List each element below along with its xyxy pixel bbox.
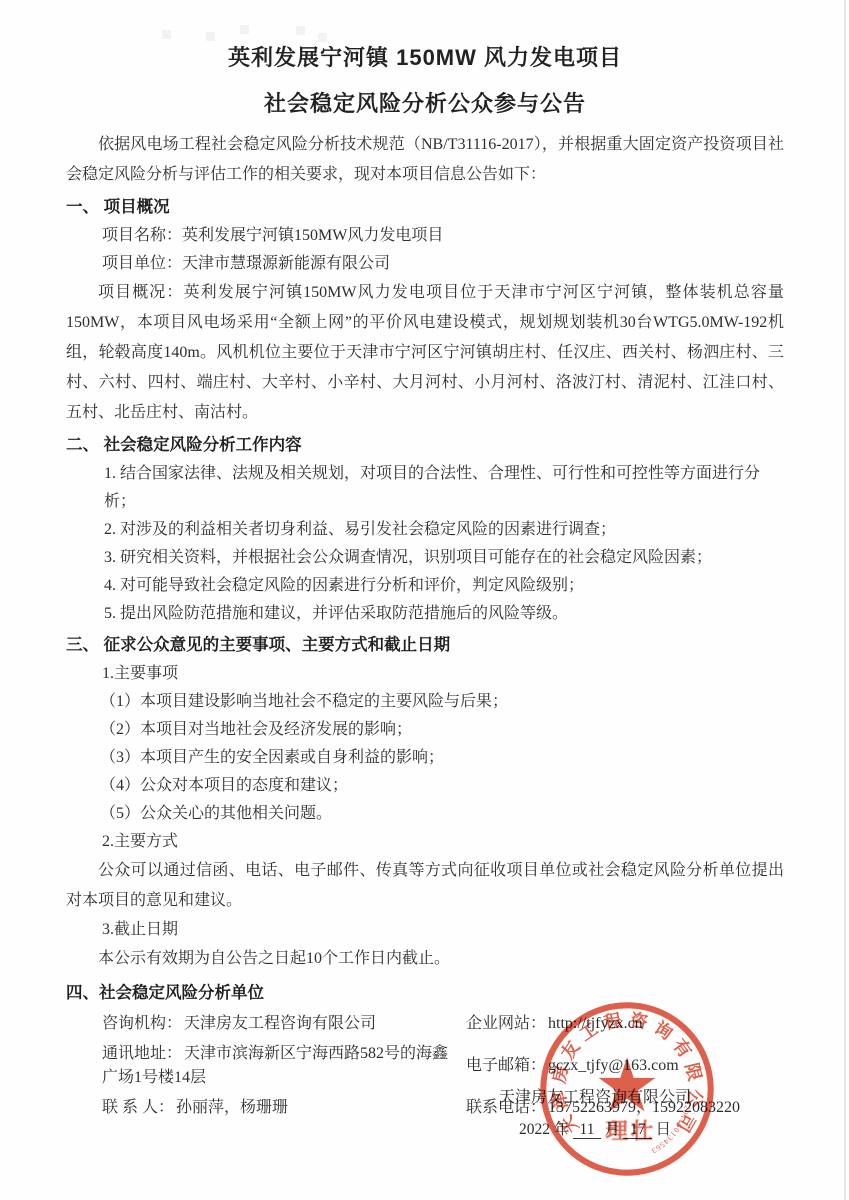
scanned-notice-page: 英利发展宁河镇 150MW 风力发电项目 社会稳定风险分析公众参与公告 依据风电… bbox=[0, 0, 849, 1200]
deadline-paragraph: 本公示有效期为自公告之日起10个工作日内截止。 bbox=[66, 944, 784, 974]
scan-speck bbox=[206, 32, 215, 41]
work-item-3: 3. 研究相关资料，并根据社会公众调查情况，识别项目可能存在的社会稳定风险因素； bbox=[66, 544, 784, 572]
work-item-2: 2. 对涉及的利益相关者切身利益、易引发社会稳定风险的因素进行调查； bbox=[66, 516, 784, 544]
section-3-heading: 三、 征求公众意见的主要事项、主要方式和截止日期 bbox=[66, 630, 784, 660]
intro-paragraph: 依据风电场工程社会稳定风险分析技术规范（NB/T31116-2017），并根据重… bbox=[66, 130, 784, 190]
mailing-address-label: 通讯地址： bbox=[102, 1045, 182, 1062]
scan-speck bbox=[318, 33, 327, 42]
scan-speck bbox=[296, 26, 305, 35]
mailing-address-field: 通讯地址：天津市滨海新区宁海西路582号的海鑫广场1号楼14层 bbox=[102, 1042, 450, 1090]
doc-title-line-1: 英利发展宁河镇 150MW 风力发电项目 bbox=[66, 44, 784, 72]
contact-person-field: 联 系 人：孙丽萍，杨珊珊 bbox=[102, 1096, 450, 1120]
work-item-4: 4. 对可能导致社会稳定风险的因素进行分析和评价，判定风险级别； bbox=[66, 572, 784, 600]
company-seal-stamp: 天津房友工程咨询有限公司 1201160134563 理壮 bbox=[534, 996, 720, 1182]
project-name-line: 项目名称：英利发展宁河镇150MW风力发电项目 bbox=[66, 222, 784, 250]
consulting-agency-value: 天津房友工程咨询有限公司 bbox=[184, 1015, 376, 1032]
doc-title-line-2: 社会稳定风险分析公众参与公告 bbox=[66, 90, 784, 118]
scan-edge-line bbox=[844, 0, 846, 1200]
consulting-agency-label: 咨询机构： bbox=[102, 1015, 182, 1032]
contact-person-value: 孙丽萍，杨珊珊 bbox=[176, 1099, 288, 1116]
deadline-title: 3.截止日期 bbox=[66, 916, 784, 944]
work-item-1: 1. 结合国家法律、法规及相关规划，对项目的合法性、合理性、可行性和可控性等方面… bbox=[66, 460, 784, 516]
main-method-title: 2.主要方式 bbox=[66, 828, 784, 856]
main-method-paragraph: 公众可以通过信函、电话、电子邮件、传真等方式向征收项目单位或社会稳定风险分析单位… bbox=[66, 856, 784, 916]
matter-item-3: （3）本项目产生的安全因素或自身利益的影响； bbox=[66, 744, 784, 772]
scan-speck bbox=[162, 30, 171, 39]
project-unit-line: 项目单位：天津市慧璟源新能源有限公司 bbox=[66, 250, 784, 278]
work-item-5: 5. 提出风险防范措施和建议，并评估采取防范措施后的风险等级。 bbox=[66, 600, 784, 628]
project-overview-paragraph: 项目概况：英利发展宁河镇150MW风力发电项目位于天津市宁河区宁河镇，整体装机总… bbox=[66, 278, 784, 428]
section-2-heading: 二、 社会稳定风险分析工作内容 bbox=[66, 430, 784, 460]
section-1-heading: 一、 项目概况 bbox=[66, 192, 784, 222]
scan-speck bbox=[240, 25, 249, 34]
matter-item-4: （4）公众对本项目的态度和建议； bbox=[66, 772, 784, 800]
main-matters-title: 1.主要事项 bbox=[66, 660, 784, 688]
contact-person-label: 联 系 人： bbox=[102, 1099, 174, 1116]
matter-item-1: （1）本项目建设影响当地社会不稳定的主要风险与后果； bbox=[66, 688, 784, 716]
consulting-agency-field: 咨询机构：天津房友工程咨询有限公司 bbox=[102, 1012, 450, 1036]
seal-star-icon bbox=[599, 1057, 656, 1111]
matter-item-2: （2）本项目对当地社会及经济发展的影响； bbox=[66, 716, 784, 744]
matter-item-5: （5）公众关心的其他相关问题。 bbox=[66, 800, 784, 828]
seal-inner-text: 理壮 bbox=[606, 1118, 656, 1143]
